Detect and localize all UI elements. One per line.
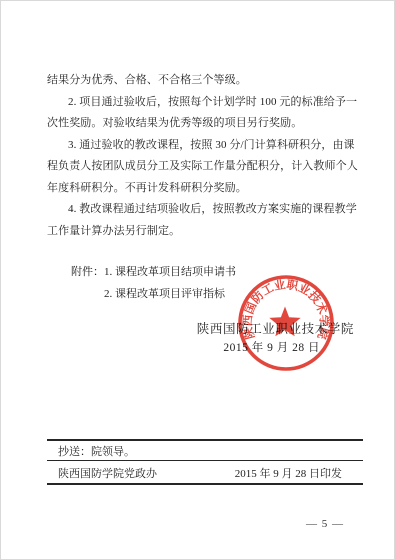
signature-date: 2015 年 9 月 28 日 (223, 339, 320, 357)
body-line: 3. 通过验收的教改课程，按照 30 分/门计算科研积分，由课 (47, 135, 367, 157)
footer-divider-top (47, 439, 363, 441)
page-number: — 5 — (306, 518, 344, 530)
body-line: 结果分为优秀、合格、不合格三个等级。 (47, 70, 367, 92)
attachment-list: 附件：1. 课程改革项目结项申请书 2. 课程改革项目评审指标 (47, 262, 367, 305)
document-body: 结果分为优秀、合格、不合格三个等级。 2. 项目通过验收后，按照每个计划学时 1… (47, 70, 367, 242)
body-line: 程负责人按团队成员分工及实际工作量分配积分，计入教师个人 (47, 156, 367, 178)
body-line: 年度科研积分。不再计发科研积分奖励。 (47, 178, 367, 200)
attachment-item: 附件：1. 课程改革项目结项申请书 (47, 262, 367, 284)
document-page: 结果分为优秀、合格、不合格三个等级。 2. 项目通过验收后，按照每个计划学时 1… (0, 0, 395, 560)
footer-cc-line: 抄送：院领导。 (58, 444, 135, 460)
body-line: 次性奖励。对验收结果为优秀等级的项目另行奖励。 (47, 113, 367, 135)
footer-divider-middle (47, 460, 363, 461)
footer-issue-line: 陕西国防学院党政办 2015 年 9 月 28 日印发 (58, 466, 342, 482)
footer-divider-bottom (47, 483, 363, 485)
body-line: 4. 教改课程通过结项验收后，按照教改方案实施的课程教学 (47, 199, 367, 221)
footer-issuer: 陕西国防学院党政办 (58, 466, 157, 482)
signature-organization: 陕西国防工业职业技术学院 (197, 320, 354, 338)
footer-print-date: 2015 年 9 月 28 日印发 (235, 466, 342, 482)
attachment-item: 2. 课程改革项目评审指标 (47, 284, 367, 306)
body-line: 工作量计算办法另行制定。 (47, 221, 367, 243)
body-line: 2. 项目通过验收后，按照每个计划学时 100 元的标准给予一 (47, 92, 367, 114)
